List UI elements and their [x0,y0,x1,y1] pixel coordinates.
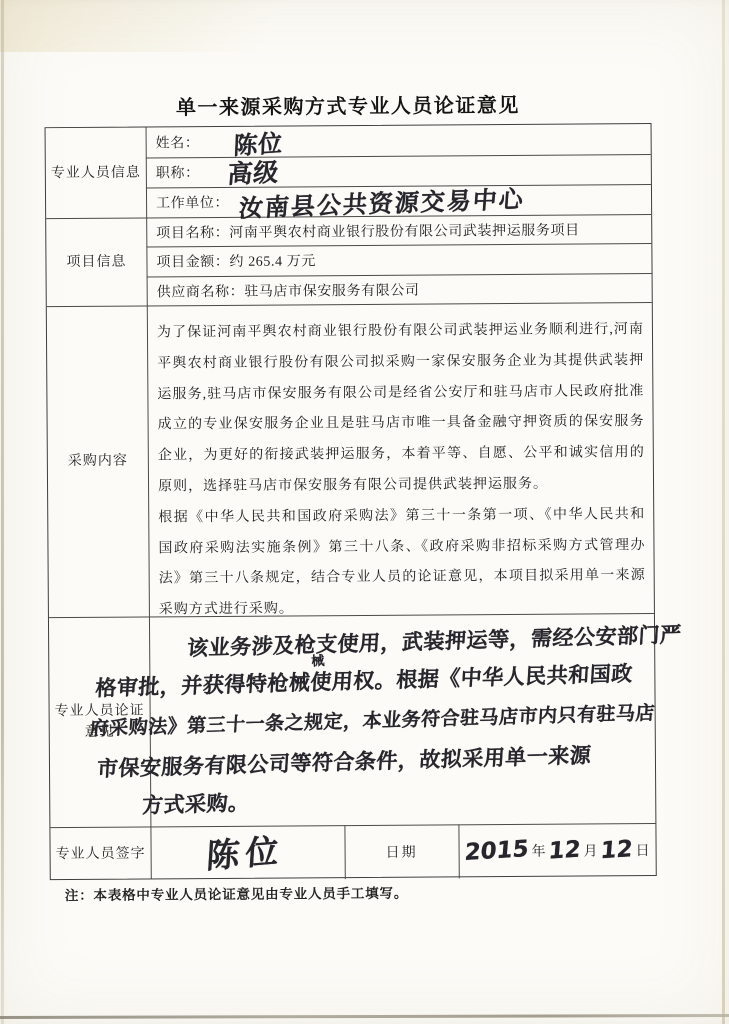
footnote: 注：本表格中专业人员论证意见由专业人员手工填写。 [65,882,408,904]
project-amount-value: 约 265.4 万元 [229,250,316,271]
supplier-name-row: 供应商名称： 驻马店市保安服务有限公司 [148,273,653,306]
purchase-content-label: 采购内容 [47,305,149,617]
signature-label-text: 专业人员签字 [56,843,146,865]
project-info-label: 项目信息 [46,217,147,306]
project-name-value: 河南平舆农村商业银行股份有限公司武装押运服务项目 [229,219,580,241]
opinion-handwritten-line-5: 方式采购。 [141,787,250,820]
date-year-handwritten: 2015 [464,836,530,866]
opinion-handwritten-line-2: 格审批，并获得特枪械使用权。根据《中华人民共和国政 [95,657,634,702]
signature-label: 专业人员签字 [50,826,150,881]
purchase-content-label-text: 采购内容 [68,451,128,472]
date-day-unit: 日 [636,840,650,860]
purchase-content-paragraph-2: 根据《中华人民共和国政府采购法》第三十一条第一项、《中华人民共和国政府采购法实施… [158,500,646,627]
purchase-content-paragraph-1: 为了保证河南平舆农村商业银行股份有限公司武装押运业务顺利进行,河南平舆农村商业银… [157,315,645,503]
personnel-info-label-text: 专业人员信息 [51,162,141,184]
opinion-handwritten-line-4: 市保安服务有限公司等符合条件，故拟采用单一来源 [96,739,592,783]
name-field-row: 姓名： 陈位 [147,124,652,158]
signature-handwritten-name: 陈位 [205,825,286,878]
date-month-handwritten: 12 [548,837,582,865]
scanned-document-page: 单一来源采购方式专业人员论证意见 专业人员信息 项目信息 采购内容 专业人员论证… [0,0,729,1024]
date-label-text: 日期 [386,842,418,862]
project-name-row: 项目名称： 河南平舆农村商业银行股份有限公司武装押运服务项目 [147,214,652,247]
job-title-handwritten-value: 高级 [226,153,280,191]
document-title: 单一来源采购方式专业人员论证意见 [44,88,651,121]
personnel-info-label: 专业人员信息 [46,127,147,218]
date-month-unit: 月 [584,840,598,860]
work-unit-field-label: 工作单位： [156,192,229,213]
supplier-name-value: 驻马店市保安服务有限公司 [244,279,419,300]
job-title-field-label: 职称： [156,162,200,182]
project-amount-label: 项目金额： [156,251,229,272]
opinion-handwritten-line-3: 府采购法》第三十一条之规定，本业务符合驻马店市内只有驻马店 [89,698,656,741]
name-field-label: 姓名： [156,132,200,152]
supplier-name-label: 供应商名称： [157,280,245,301]
date-day-handwritten: 12 [600,836,634,864]
work-unit-field-row: 工作单位： 汝南县公共资源交易中心 [147,184,652,218]
project-info-label-text: 项目信息 [66,251,126,272]
opinion-inserted-character: 械 [311,650,325,670]
date-year-unit: 年 [532,841,546,861]
purchase-content-cell: 为了保证河南平舆农村商业银行股份有限公司武装押运业务顺利进行,河南平舆农村商业银… [148,302,655,617]
scan-corner-shading [0,0,360,52]
project-amount-row: 项目金额： 约 265.4 万元 [147,243,652,277]
date-value-cell: 2015 年 12 月 12 日 [458,823,655,878]
scan-left-edge [1,0,4,1024]
form-table: 专业人员信息 项目信息 采购内容 专业人员论证 意见 专业人员签字 姓名： 陈位… [45,123,657,880]
project-name-label: 项目名称： [156,221,229,242]
date-label-cell: 日期 [344,824,458,879]
paper-sheet: 单一来源采购方式专业人员论证意见 专业人员信息 项目信息 采购内容 专业人员论证… [0,0,729,1024]
scan-right-edge [722,0,725,1024]
